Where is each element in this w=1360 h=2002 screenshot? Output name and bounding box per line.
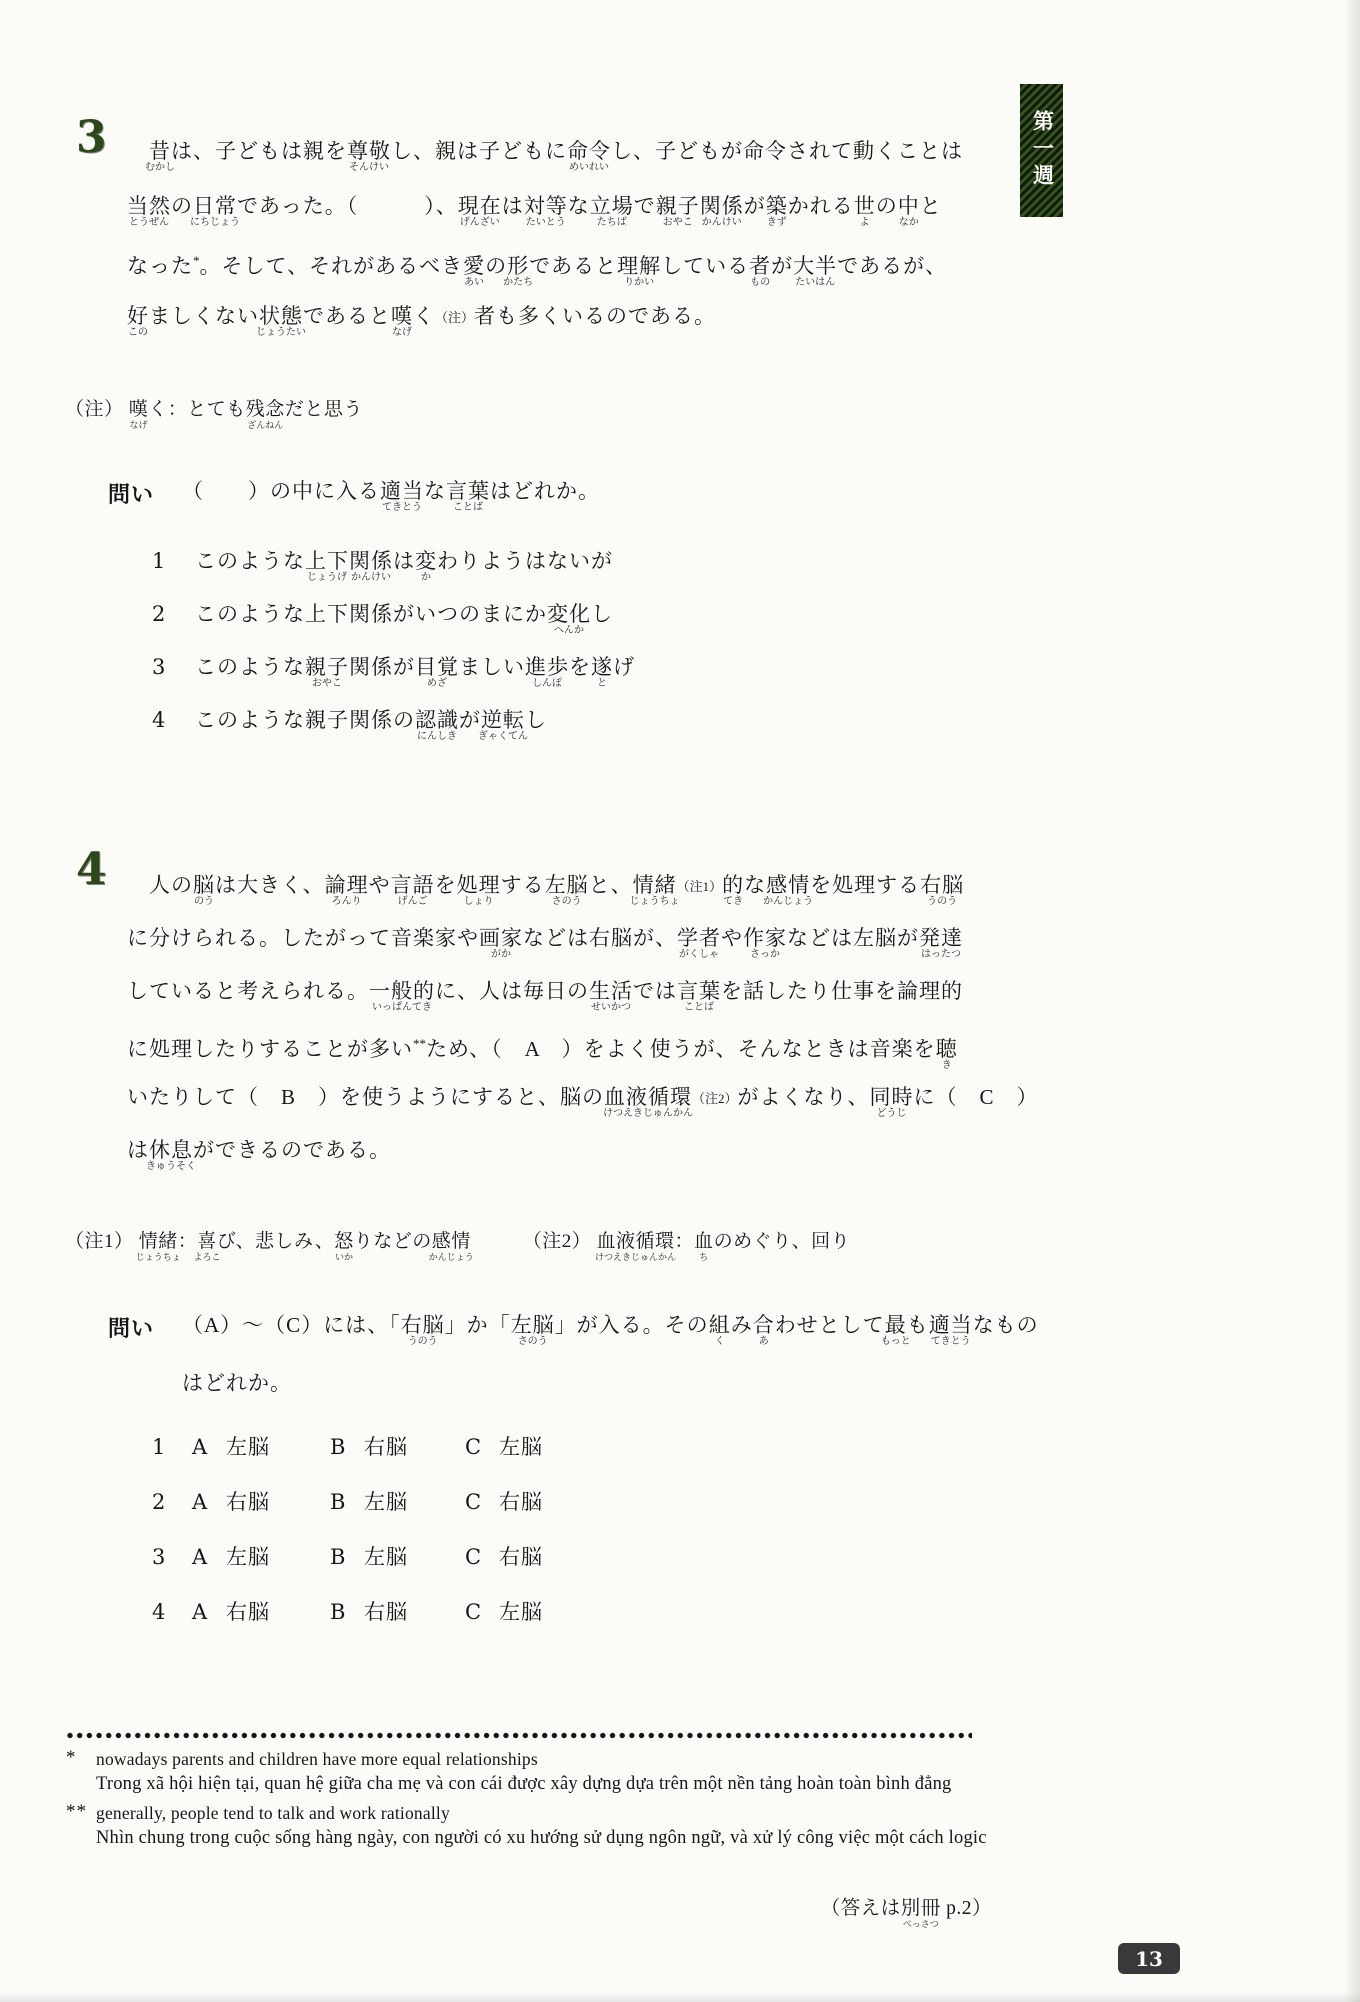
footnote-marker: **: [66, 1802, 96, 1856]
option-text: このような上下じょうげ関係かんけいは変かわりようはないが: [195, 548, 613, 601]
slot-c-value: 左脳: [499, 1599, 543, 1654]
section-3-question: 問い （ ）の中に入る適当てきとうな言葉ことばはどれか。: [108, 478, 600, 509]
footnotes: * nowadays parents and children have mor…: [66, 1748, 1326, 1856]
option-number: 2: [152, 601, 195, 654]
section-4-options: 1 A 左脳 B 右脳 C 左脳 2 A 右脳 B 左脳 C 右脳 3 A: [152, 1434, 543, 1654]
footnote: * nowadays parents and children have mor…: [66, 1748, 1326, 1802]
passage-line: 昔むかしは、子どもは親を尊敬そんけいし、親は子どもに命令めいれいし、子どもが命令…: [127, 138, 1047, 193]
dotted-divider: [66, 1732, 972, 1739]
slot-b-label: B: [330, 1544, 364, 1599]
section-4-note: （注1） 情緒じょうちょ：喜よろこび、悲しみ、怒いかりなどの感情かんじょう: [65, 1226, 471, 1253]
footnote-english: nowadays parents and children have more …: [96, 1748, 1326, 1771]
option-row: 3 このような親子おやこ関係が目覚めざましい進歩しんぽを遂とげ: [152, 654, 635, 707]
section-4-passage: 人の脳のうは大きく、論理ろんりや言語げんごを処理しょりする左脳さのうと、情緒じょ…: [127, 872, 1047, 1190]
slot-a-label: A: [192, 1599, 226, 1654]
question-text: （ ）の中に入る適当てきとうな言葉ことばはどれか。: [182, 478, 600, 504]
footnote-vietnamese: Nhìn chung trong cuộc sống hàng ngày, co…: [96, 1826, 1326, 1851]
option-row: 2 このような上下関係がいつのまにか変化へんかし: [152, 601, 635, 654]
option-number: 1: [152, 1434, 192, 1489]
option-text: このような上下関係がいつのまにか変化へんかし: [195, 601, 613, 654]
slot-b-label: B: [330, 1489, 364, 1544]
slot-c-label: C: [465, 1434, 499, 1489]
slot-a-value: 右脳: [226, 1599, 330, 1654]
section-3-number: 3: [76, 116, 116, 160]
combination-option-row: 2 A 右脳 B 左脳 C 右脳: [152, 1489, 543, 1544]
question-text-lines: （A）～（C）には、「右脳うのう」か「左脳さのう」が入る。その組くみ合あわせとし…: [182, 1312, 1039, 1428]
passage-line: に分けられる。したがって音楽家や画家がかなどは右脳が、学者がくしゃや作家さっかな…: [127, 925, 1047, 978]
passage-line: に処理したりすることが多い**ため、（ A ）をよく使うが、そんなときは音楽を聴…: [127, 1031, 1047, 1084]
option-row: 1 このような上下じょうげ関係かんけいは変かわりようはないが: [152, 548, 635, 601]
slot-b-label: B: [330, 1434, 364, 1489]
section-4-question: 問い （A）～（C）には、「右脳うのう」か「左脳さのう」が入る。その組くみ合あわ…: [108, 1312, 1039, 1428]
section-4-notes: （注1） 情緒じょうちょ：喜よろこび、悲しみ、怒いかりなどの感情かんじょう （注…: [65, 1226, 850, 1253]
footnote-vietnamese: Trong xã hội hiện tại, quan hệ giữa cha …: [96, 1772, 1326, 1797]
section-3-options: 1 このような上下じょうげ関係かんけいは変かわりようはないが 2 このような上下…: [152, 548, 635, 760]
question-text-line: （A）～（C）には、「右脳うのう」か「左脳さのう」が入る。その組くみ合あわせとし…: [182, 1312, 1039, 1370]
passage-line: いたりして（ B ）を使うようにすると、脳の血液循環けつえきじゅんかん（注2）が…: [127, 1084, 1047, 1137]
slot-c-label: C: [465, 1544, 499, 1599]
passage-line: 当然とうぜんの日常にちじょうであった。（ ）、現在げんざいは対等たいとうな立場た…: [127, 193, 1047, 248]
slot-a-label: A: [192, 1434, 226, 1489]
textbook-page: 第一週 3 昔むかしは、子どもは親を尊敬そんけいし、親は子どもに命令めいれいし、…: [0, 0, 1360, 2002]
question-label: 問い: [108, 1312, 154, 1343]
answer-reference: （答えは別冊べっさつ p.2）: [821, 1892, 992, 1920]
slot-c-value: 右脳: [499, 1544, 543, 1599]
slot-c-label: C: [465, 1489, 499, 1544]
slot-b-value: 右脳: [364, 1434, 465, 1489]
passage-line: していると考えられる。一般的いっぱんてきに、人は毎日の生活せいかつでは言葉ことば…: [127, 978, 1047, 1031]
option-number: 4: [152, 707, 195, 760]
slot-a-value: 右脳: [226, 1489, 330, 1544]
section-3-passage: 昔むかしは、子どもは親を尊敬そんけいし、親は子どもに命令めいれいし、子どもが命令…: [127, 138, 1047, 358]
option-number: 3: [152, 654, 195, 707]
page-number: 13: [1118, 1943, 1180, 1974]
footnote-body: nowadays parents and children have more …: [96, 1748, 1326, 1802]
slot-a-label: A: [192, 1489, 226, 1544]
passage-line: 好このましくない状態じょうたいであると嘆なげく（注）者も多くいるのである。: [127, 303, 1047, 358]
option-number: 3: [152, 1544, 192, 1599]
slot-c-value: 左脳: [499, 1434, 543, 1489]
combination-option-row: 3 A 左脳 B 左脳 C 右脳: [152, 1544, 543, 1599]
option-row: 4 このような親子関係の認識にんしきが逆転ぎゃくてんし: [152, 707, 635, 760]
question-label: 問い: [108, 478, 154, 509]
combination-option-row: 4 A 右脳 B 右脳 C 左脳: [152, 1599, 543, 1654]
section-4-note: （注2） 血液循環けつえきじゅんかん：血ちのめぐり、回り: [523, 1226, 850, 1253]
slot-b-value: 右脳: [364, 1599, 465, 1654]
footnote-body: generally, people tend to talk and work …: [96, 1802, 1326, 1856]
footnote-english: generally, people tend to talk and work …: [96, 1802, 1326, 1825]
option-number: 4: [152, 1599, 192, 1654]
slot-a-value: 左脳: [226, 1434, 330, 1489]
combination-option-row: 1 A 左脳 B 右脳 C 左脳: [152, 1434, 543, 1489]
slot-b-value: 左脳: [364, 1489, 465, 1544]
passage-line: 人の脳のうは大きく、論理ろんりや言語げんごを処理しょりする左脳さのうと、情緒じょ…: [127, 872, 1047, 925]
slot-c-value: 右脳: [499, 1489, 543, 1544]
option-number: 2: [152, 1489, 192, 1544]
footnote: ** generally, people tend to talk and wo…: [66, 1802, 1326, 1856]
slot-b-value: 左脳: [364, 1544, 465, 1599]
footnote-marker: *: [66, 1748, 96, 1802]
slot-b-label: B: [330, 1599, 364, 1654]
question-text-line: はどれか。: [182, 1370, 1039, 1428]
passage-line: は休息きゅうそくができるのである。: [127, 1137, 1047, 1190]
slot-a-value: 左脳: [226, 1544, 330, 1599]
option-number: 1: [152, 548, 195, 601]
slot-c-label: C: [465, 1599, 499, 1654]
passage-line: なった*。そして、それがあるべき愛あいの形かたちであると理解りかいしている者もの…: [127, 248, 1047, 303]
option-text: このような親子おやこ関係が目覚めざましい進歩しんぽを遂とげ: [195, 654, 635, 707]
slot-a-label: A: [192, 1544, 226, 1599]
section-4-number: 4: [76, 848, 116, 892]
option-text: このような親子関係の認識にんしきが逆転ぎゃくてんし: [195, 707, 547, 760]
section-3-note: （注） 嘆なげく：とても残念ざんねんだと思う: [65, 394, 363, 421]
